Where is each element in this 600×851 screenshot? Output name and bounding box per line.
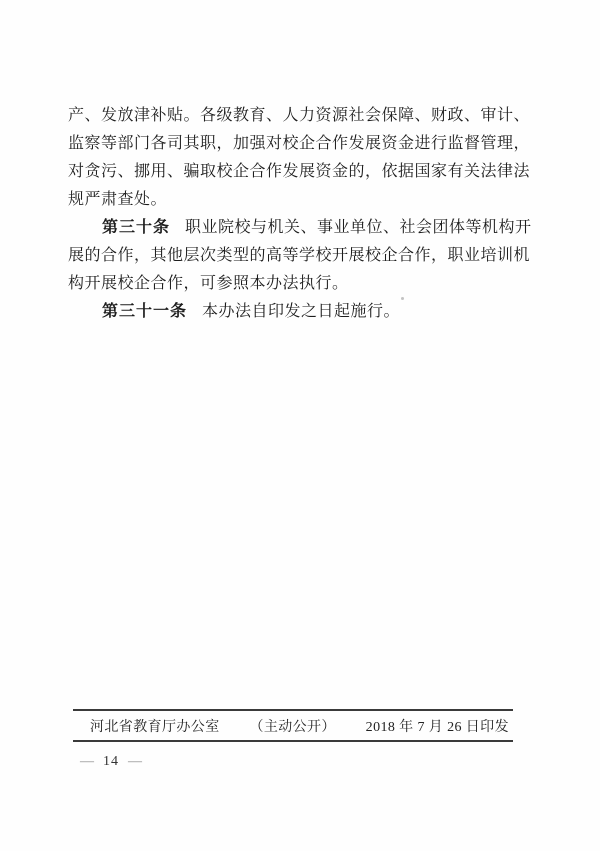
footer-print-date: 2018 年 7 月 26 日印发	[366, 716, 509, 736]
page-number-dash-right: —	[128, 754, 142, 770]
footer-office: 河北省教育厅办公室	[90, 716, 220, 736]
body-line: 第三十一条本办法自印发之日起施行。	[68, 298, 538, 326]
body-line-text: 本办法自印发之日起施行。	[202, 303, 400, 320]
footer-bottom-rule	[73, 740, 513, 742]
body-line-text: 构开展校企合作，可参照本办法执行。	[68, 275, 349, 292]
body-line: 构开展校企合作，可参照本办法执行。	[68, 270, 538, 298]
article-number-term: 第三十条	[102, 219, 170, 236]
body-line-text: 展的合作，其他层次类型的高等学校开展校企合作，职业培训机	[68, 247, 530, 264]
scan-noise-speck	[401, 297, 404, 300]
body-line-text: 规严肃查处。	[68, 191, 167, 208]
body-line-text: 监察等部门各司其职，加强对校企合作发展资金进行监督管理，	[68, 135, 530, 152]
page-number-dash-left: —	[80, 754, 94, 770]
body-line: 产、发放津补贴。各级教育、人力资源社会保障、财政、审计、	[68, 102, 538, 130]
body-line: 规严肃查处。	[68, 186, 538, 214]
document-page: 产、发放津补贴。各级教育、人力资源社会保障、财政、审计、监察等部门各司其职，加强…	[0, 0, 600, 851]
body-line: 第三十条职业院校与机关、事业单位、社会团体等机构开	[68, 214, 538, 242]
page-number-value: 14	[103, 754, 119, 770]
article-number-term: 第三十一条	[102, 303, 187, 320]
body-line: 对贪污、挪用、骗取校企合作发展资金的，依据国家有关法律法	[68, 158, 538, 186]
document-body: 产、发放津补贴。各级教育、人力资源社会保障、财政、审计、监察等部门各司其职，加强…	[68, 102, 538, 326]
body-line: 监察等部门各司其职，加强对校企合作发展资金进行监督管理，	[68, 130, 538, 158]
body-line: 展的合作，其他层次类型的高等学校开展校企合作，职业培训机	[68, 242, 538, 270]
footer: 河北省教育厅办公室 （主动公开） 2018 年 7 月 26 日印发	[73, 711, 513, 740]
body-line-text: 对贪污、挪用、骗取校企合作发展资金的，依据国家有关法律法	[68, 163, 530, 180]
page-number: — 14 —	[80, 752, 142, 772]
body-line-text: 职业院校与机关、事业单位、社会团体等机构开	[185, 219, 532, 236]
footer-disclosure-note: （主动公开）	[249, 716, 335, 736]
body-line-text: 产、发放津补贴。各级教育、人力资源社会保障、财政、审计、	[68, 107, 530, 124]
